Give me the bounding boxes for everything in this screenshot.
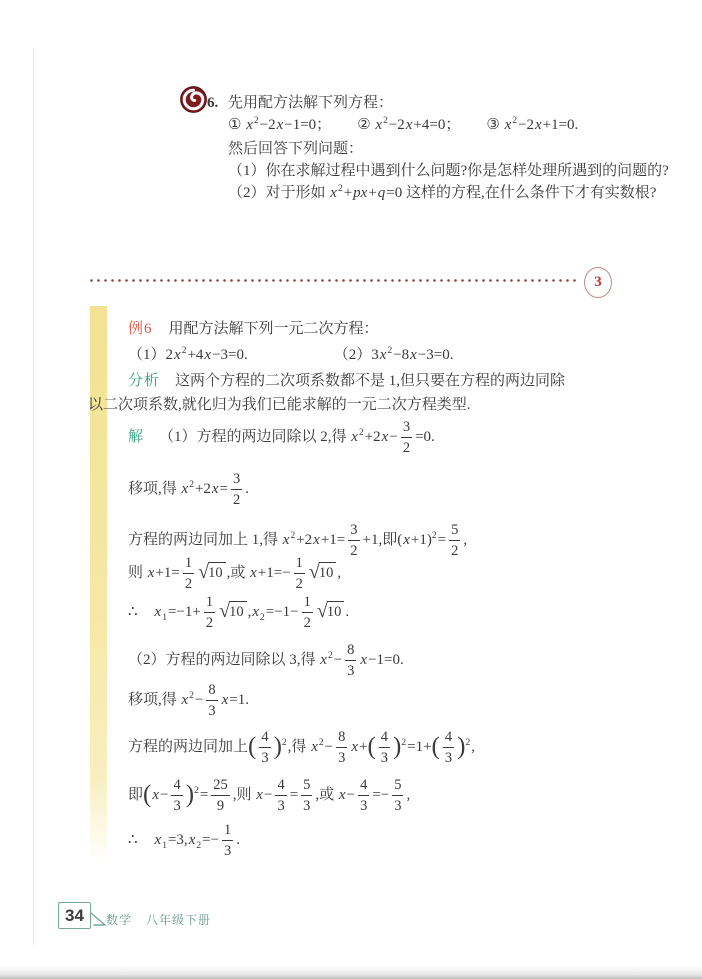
page-edge-line <box>33 48 34 945</box>
analysis-label: 分析 <box>128 373 160 389</box>
solution-line-10: ∴x1=3,x2=−13. <box>128 820 240 860</box>
solution-math-1: （1）方程的两边同除以 2,得 x2+2x−32=0. <box>159 429 435 445</box>
solution-line-2: 移项,得 x2+2x=32. <box>128 469 249 509</box>
section-badge: 3 <box>584 267 612 298</box>
problem-number: 6. <box>207 92 218 114</box>
footer-book: 八年级下册 <box>146 913 211 927</box>
problem-question-2: （2）对于形如 x2+px+q=0 这样的方程,在什么条件下才有实数根? <box>228 182 656 206</box>
solution-line-4: 则 x+1=12√10,或 x+1=−12√10, <box>128 553 341 593</box>
problem-intro: 先用配方法解下列方程： <box>228 92 393 114</box>
solution-line-5: ∴x1=−1+12√10,x2=−1−12√10. <box>128 592 349 632</box>
solution-line-9: 即(x−43)2=259,则 x−43=53,或 x−43=−53, <box>128 775 410 815</box>
highlight-band <box>90 306 107 862</box>
example-title: 用配方法解下列一元二次方程： <box>169 321 379 337</box>
spiral-exercise-icon <box>180 86 207 113</box>
example-equations: （1）2x2+4x−3=0.（2）3x2−8x−3=0. <box>128 342 454 370</box>
problem-followup: 然后回答下列问题： <box>228 138 363 160</box>
example-title-line: 例6用配方法解下列一元二次方程： <box>128 316 379 342</box>
page-number: 34 <box>58 902 91 929</box>
solution-line-1: 解（1）方程的两边同除以 2,得 x2+2x−32=0. <box>128 417 435 457</box>
analysis-line-2: 以二次项系数,就化归为我们已能求解的一元二次方程类型. <box>88 392 471 418</box>
solution-line-8: 方程的两边同加上(43)2,得 x2−83x+(43)2=1+(43)2, <box>128 727 475 767</box>
page-bottom-shadow <box>0 966 702 979</box>
solution-label: 解 <box>128 429 144 445</box>
textbook-page: 6. 先用配方法解下列方程： ① x2−2x−1=0；② x2−2x+4=0；③… <box>0 0 702 979</box>
solution-line-6: （2）方程的两边同除以 3,得 x2−83x−1=0. <box>128 640 404 680</box>
problem-question-1: （1）你在求解过程中遇到什么问题?你是怎样处理所遇到的问题的? <box>228 160 669 182</box>
analysis-line-1: 分析这两个方程的二次项系数都不是 1,但只要在方程的两边同除 <box>128 368 565 394</box>
dotted-divider-line <box>88 278 578 283</box>
example-label: 例6 <box>128 321 153 337</box>
analysis-text-1: 这两个方程的二次项系数都不是 1,但只要在方程的两边同除 <box>175 373 565 389</box>
problem-equations: ① x2−2x−1=0；② x2−2x+4=0；③ x2−2x+1=0. <box>228 114 578 138</box>
footer-text: 数学八年级下册 <box>106 911 211 928</box>
footer-subject: 数学 <box>106 913 132 927</box>
solution-line-7: 移项,得 x2−83x=1. <box>128 680 249 720</box>
